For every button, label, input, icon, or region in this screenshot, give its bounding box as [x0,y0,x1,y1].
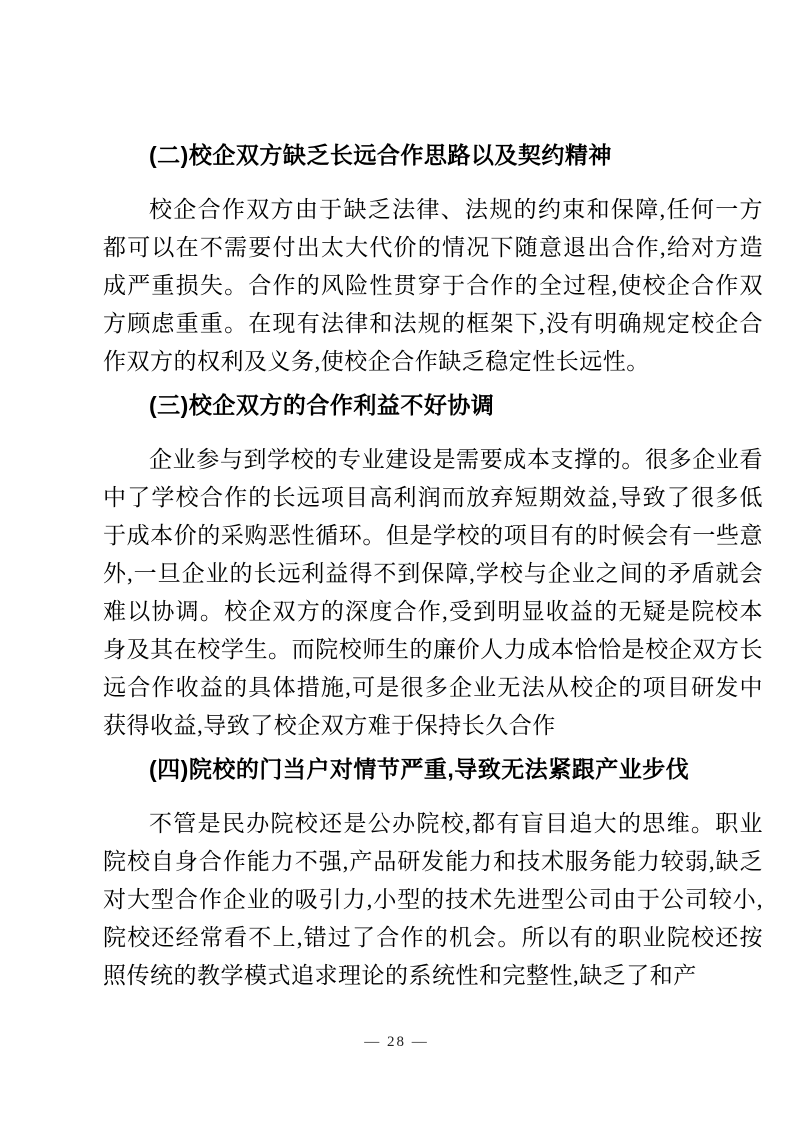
section-paragraph-3: 企业参与到学校的专业建设是需要成本支撑的。很多企业看中了学校合作的长远项目高利润… [103,441,763,745]
section-heading-2: (二)校企双方缺乏长远合作思路以及契约精神 [103,140,763,170]
page-footer: — 28 — [0,1033,793,1051]
section-paragraph-2: 校企合作双方由于缺乏法律、法规的约束和保障,任何一方都可以在不需要付出太大代价的… [103,191,763,381]
section-heading-3: (三)校企双方的合作利益不好协调 [103,390,763,420]
page-number: — 28 — [364,1034,429,1050]
section-paragraph-4: 不管是民办院校还是公办院校,都有盲目追大的思维。职业院校自身合作能力不强,产品研… [103,805,763,995]
page-content: (二)校企双方缺乏长远合作思路以及契约精神 校企合作双方由于缺乏法律、法规的约束… [103,140,763,1004]
document-page: (二)校企双方缺乏长远合作思路以及契约精神 校企合作双方由于缺乏法律、法规的约束… [0,0,793,1122]
section-heading-4: (四)院校的门当户对情节严重,导致无法紧跟产业步伐 [103,754,763,784]
